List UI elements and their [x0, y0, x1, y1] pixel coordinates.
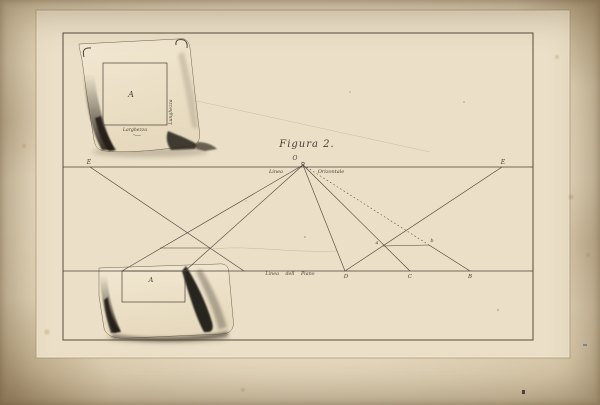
length-label: Lunghezza: [168, 99, 174, 125]
horizon-label-linea: Linea: [268, 169, 283, 175]
point-o: O: [293, 155, 298, 162]
blue-fiber-mark: [583, 344, 587, 346]
figure-title: Figura 2.: [278, 139, 334, 150]
speck: [463, 101, 465, 103]
foxing-spot: [22, 144, 26, 148]
point-d: D: [343, 274, 349, 280]
foxing-spot: [569, 195, 574, 200]
horizon-label-orizontale: Orizontale: [318, 169, 345, 175]
foxing-spot: [555, 55, 559, 59]
scanned-page: A Lunghezza Larghezza: [0, 0, 600, 405]
speck: [245, 200, 247, 202]
foxing-spot: [586, 253, 590, 257]
depth-point-a: a: [376, 240, 379, 246]
speck: [304, 236, 306, 238]
speck: [349, 91, 351, 93]
point-b: B: [467, 274, 472, 280]
plan-square-bottom-label: A: [148, 276, 154, 284]
dark-speck: [522, 390, 525, 394]
point-e-right: E: [500, 159, 506, 166]
depth-point-b: b: [430, 238, 433, 244]
point-e-left: E: [86, 159, 92, 166]
speck: [497, 309, 499, 311]
foxing-spot: [241, 388, 245, 392]
foxing-spot: [44, 329, 49, 334]
width-label: Larghezza: [122, 127, 147, 133]
plan-square-top-label: A: [127, 90, 134, 99]
engraved-plate-svg: A Lunghezza Larghezza: [0, 0, 600, 405]
paper-sheet-bottom: [99, 264, 233, 343]
ground-label: Linea dell Piano: [264, 271, 314, 277]
